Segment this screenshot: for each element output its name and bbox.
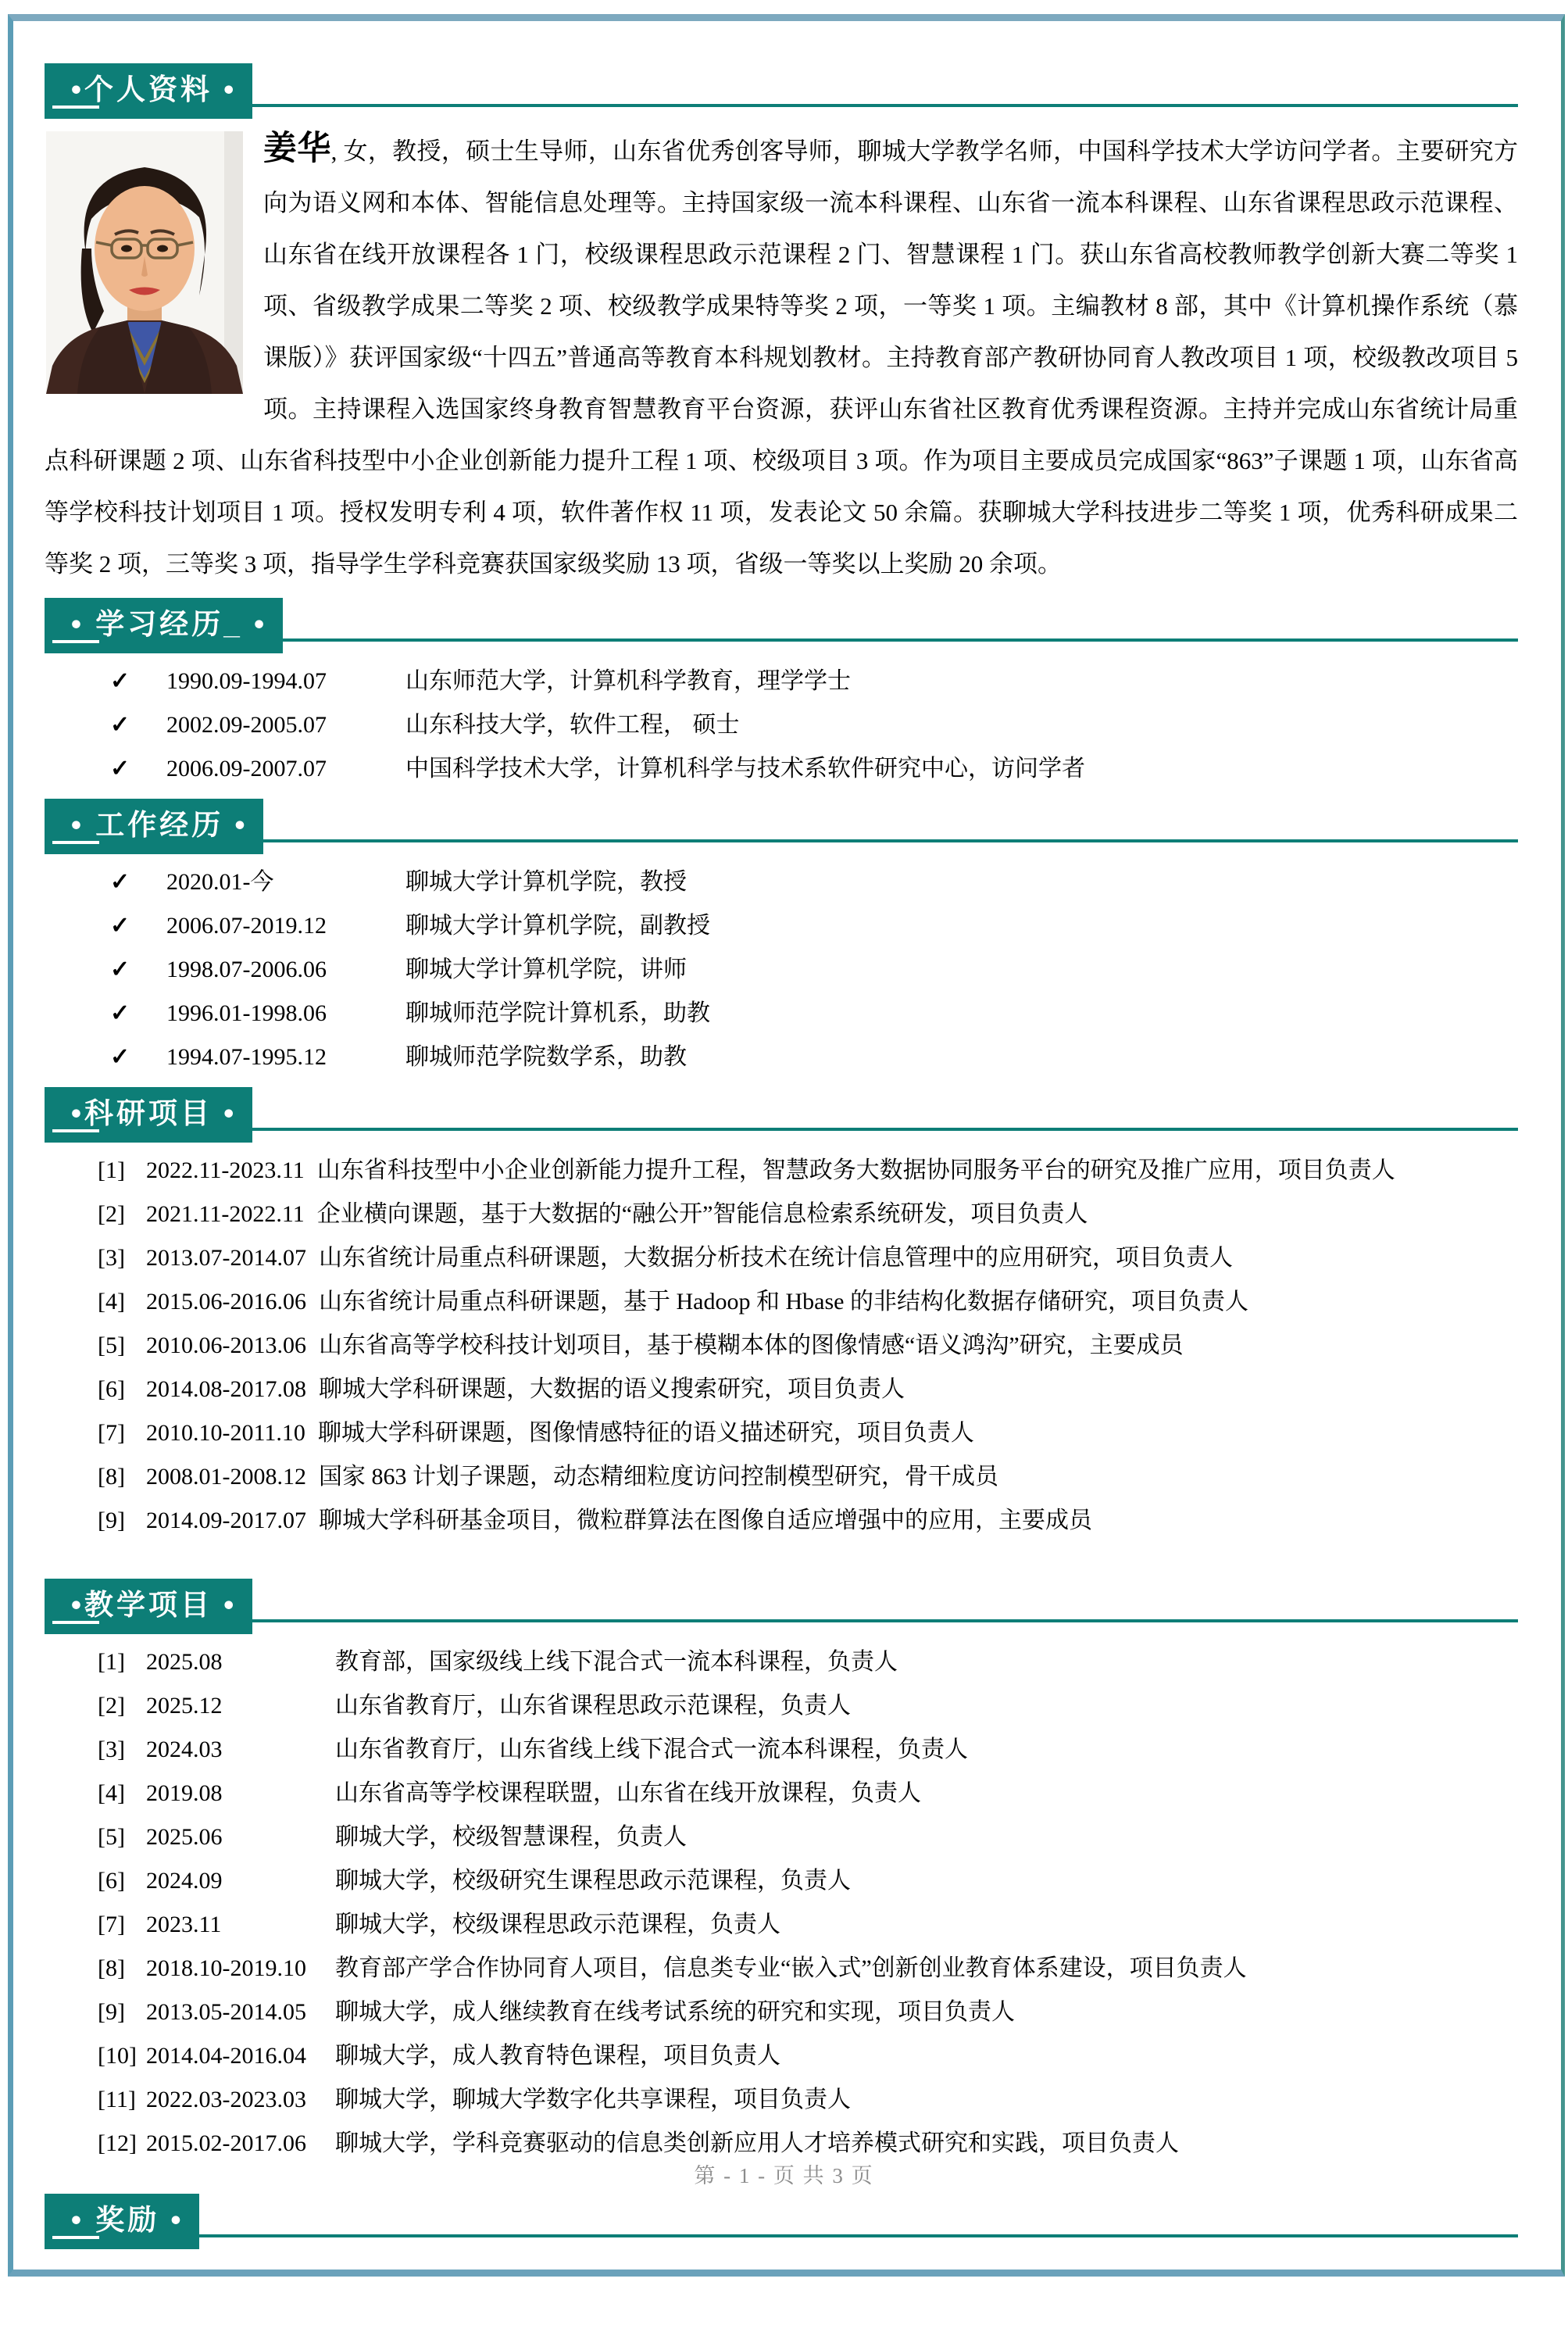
teaching-desc: 聊城大学，校级课程思政示范课程，负责人 <box>335 1903 1518 1947</box>
teaching-date: 2014.04-2016.04 <box>146 2034 323 2078</box>
teaching-desc: 聊城大学，成人教育特色课程，项目负责人 <box>335 2034 1518 2078</box>
checkmark-icon: ✓ <box>45 660 166 703</box>
teaching-date: 2019.08 <box>146 1772 323 1815</box>
page-border-frame: •个人资料 • <box>8 14 1565 2277</box>
work-date: 2020.01-今 <box>166 860 405 904</box>
education-list: ✓ 1990.09-1994.07 山东师范大学，计算机科学教育，理学学士 ✓ … <box>45 660 1518 791</box>
teaching-desc: 聊城大学，校级研究生课程思政示范课程，负责人 <box>335 1859 1518 1903</box>
teaching-date: 2018.10-2019.10 <box>146 1947 323 1991</box>
research-desc: 聊城大学科研基金项目，微粒群算法在图像自适应增强中的应用，主要成员 <box>319 1499 1518 1543</box>
teaching-date: 2013.05-2014.05 <box>146 1991 323 2034</box>
teaching-list: [1] 2025.08 教育部，国家级线上线下混合式一流本科课程，负责人 [2]… <box>45 1640 1518 2166</box>
teaching-date: 2025.06 <box>146 1815 323 1859</box>
research-row: [3] 2013.07-2014.07 山东省统计局重点科研课题，大数据分析技术… <box>45 1236 1518 1280</box>
work-row: ✓ 2006.07-2019.12 聊城大学计算机学院，副教授 <box>45 904 1518 948</box>
work-desc: 聊城大学计算机学院，讲师 <box>405 948 1518 992</box>
section-rule <box>252 1619 1518 1622</box>
teaching-desc: 聊城大学，成人继续教育在线考试系统的研究和实现，项目负责人 <box>335 1991 1518 2034</box>
research-index: [9] <box>98 1499 146 1543</box>
teaching-desc: 山东省高等学校课程联盟，山东省在线开放课程，负责人 <box>335 1772 1518 1815</box>
research-index: [8] <box>98 1455 146 1499</box>
research-row: [6] 2014.08-2017.08 聊城大学科研课题，大数据的语义搜索研究，… <box>45 1368 1518 1411</box>
section-teaching: •教学项目 • [1] 2025.08 教育部，国家级线上线下混合式一流本科课程… <box>45 1579 1518 2166</box>
work-desc: 聊城师范学院数学系，助教 <box>405 1036 1518 1079</box>
section-title-profile: •个人资料 • <box>45 63 252 119</box>
work-date: 1996.01-1998.06 <box>166 992 405 1036</box>
work-header-row: • 工作经历 • <box>45 799 1518 854</box>
teaching-row: [11] 2022.03-2023.03 聊城大学，聊城大学数字化共享课程，项目… <box>45 2078 1518 2122</box>
teaching-desc: 教育部产学合作协同育人项目，信息类专业“嵌入式”创新创业教育体系建设，项目负责人 <box>335 1947 1518 1991</box>
profile-photo <box>46 131 243 394</box>
profile-intro-text: , 女，教授，硕士生导师，山东省优秀创客导师，聊城大学教学名师，中国科学技术大学… <box>45 138 1518 578</box>
research-desc: 聊城大学科研课题，图像情感特征的语义描述研究，项目负责人 <box>318 1411 1518 1455</box>
resume-page: •个人资料 • <box>0 0 1568 2325</box>
research-row: [5] 2010.06-2013.06 山东省高等学校科技计划项目，基于模糊本体… <box>45 1324 1518 1368</box>
checkmark-icon: ✓ <box>45 1036 166 1079</box>
person-name: 姜华 <box>263 131 331 167</box>
research-index: [2] <box>98 1193 146 1236</box>
education-date: 2006.09-2007.07 <box>166 747 405 791</box>
teaching-header-row: •教学项目 • <box>45 1579 1518 1634</box>
work-list: ✓ 2020.01-今 聊城大学计算机学院，教授 ✓ 2006.07-2019.… <box>45 860 1518 1079</box>
research-date: 2021.11-2022.11 <box>146 1193 305 1236</box>
research-date: 2015.06-2016.06 <box>146 1280 306 1324</box>
research-index: [4] <box>98 1280 146 1324</box>
education-header-row: • 学习经历_ • <box>45 598 1518 653</box>
work-date: 1998.07-2006.06 <box>166 948 405 992</box>
teaching-index: [11] <box>98 2078 146 2122</box>
profile-paragraph: 姜华, 女，教授，硕士生导师，山东省优秀创客导师，聊城大学教学名师，中国科学技术… <box>45 123 1518 590</box>
checkmark-icon: ✓ <box>45 904 166 948</box>
section-rule <box>199 2234 1518 2237</box>
section-rule <box>252 104 1518 107</box>
teaching-desc: 山东省教育厅，山东省线上线下混合式一流本科课程，负责人 <box>335 1728 1518 1772</box>
teaching-date: 2025.12 <box>146 1684 323 1728</box>
teaching-row: [7] 2023.11 聊城大学，校级课程思政示范课程，负责人 <box>45 1903 1518 1947</box>
section-title-teaching: •教学项目 • <box>45 1579 252 1634</box>
section-awards: • 奖励 • <box>45 2194 1518 2249</box>
education-row: ✓ 1990.09-1994.07 山东师范大学，计算机科学教育，理学学士 <box>45 660 1518 703</box>
section-rule <box>263 839 1518 842</box>
education-date: 1990.09-1994.07 <box>166 660 405 703</box>
section-research: •科研项目 • [1] 2022.11-2023.11 山东省科技型中小企业创新… <box>45 1087 1518 1543</box>
education-desc: 山东师范大学，计算机科学教育，理学学士 <box>405 660 1518 703</box>
work-desc: 聊城大学计算机学院，副教授 <box>405 904 1518 948</box>
research-row: [1] 2022.11-2023.11 山东省科技型中小企业创新能力提升工程，智… <box>45 1149 1518 1193</box>
work-row: ✓ 1994.07-1995.12 聊城师范学院数学系，助教 <box>45 1036 1518 1079</box>
teaching-index: [3] <box>98 1728 146 1772</box>
education-row: ✓ 2002.09-2005.07 山东科技大学，软件工程， 硕士 <box>45 703 1518 747</box>
section-title-work: • 工作经历 • <box>45 799 263 854</box>
section-title-awards: • 奖励 • <box>45 2194 199 2249</box>
teaching-index: [9] <box>98 1991 146 2034</box>
research-index: [6] <box>98 1368 146 1411</box>
teaching-desc: 聊城大学，校级智慧课程，负责人 <box>335 1815 1518 1859</box>
education-row: ✓ 2006.09-2007.07 中国科学技术大学，计算机科学与技术系软件研究… <box>45 747 1518 791</box>
page-number-footer: 第 - 1 - 页 共 3 页 <box>0 2159 1568 2189</box>
work-date: 2006.07-2019.12 <box>166 904 405 948</box>
teaching-row: [10] 2014.04-2016.04 聊城大学，成人教育特色课程，项目负责人 <box>45 2034 1518 2078</box>
work-row: ✓ 2020.01-今 聊城大学计算机学院，教授 <box>45 860 1518 904</box>
research-row: [8] 2008.01-2008.12 国家 863 计划子课题，动态精细粒度访… <box>45 1455 1518 1499</box>
teaching-row: [9] 2013.05-2014.05 聊城大学，成人继续教育在线考试系统的研究… <box>45 1991 1518 2034</box>
awards-header-row: • 奖励 • <box>45 2194 1518 2249</box>
work-date: 1994.07-1995.12 <box>166 1036 405 1079</box>
section-education: • 学习经历_ • ✓ 1990.09-1994.07 山东师范大学，计算机科学… <box>45 598 1518 791</box>
teaching-row: [6] 2024.09 聊城大学，校级研究生课程思政示范课程，负责人 <box>45 1859 1518 1903</box>
research-desc: 国家 863 计划子课题，动态精细粒度访问控制模型研究，骨干成员 <box>319 1455 1518 1499</box>
research-index: [5] <box>98 1324 146 1368</box>
checkmark-icon: ✓ <box>45 747 166 791</box>
teaching-desc: 教育部，国家级线上线下混合式一流本科课程，负责人 <box>335 1640 1518 1684</box>
research-row: [7] 2010.10-2011.10 聊城大学科研课题，图像情感特征的语义描述… <box>45 1411 1518 1455</box>
work-row: ✓ 1996.01-1998.06 聊城师范学院计算机系，助教 <box>45 992 1518 1036</box>
teaching-index: [6] <box>98 1859 146 1903</box>
teaching-index: [1] <box>98 1640 146 1684</box>
section-title-research: •科研项目 • <box>45 1087 252 1143</box>
checkmark-icon: ✓ <box>45 860 166 904</box>
research-date: 2014.09-2017.07 <box>146 1499 306 1543</box>
education-desc: 中国科学技术大学，计算机科学与技术系软件研究中心，访问学者 <box>405 747 1518 791</box>
teaching-desc: 山东省教育厅，山东省课程思政示范课程，负责人 <box>335 1684 1518 1728</box>
research-index: [7] <box>98 1411 146 1455</box>
research-desc: 山东省统计局重点科研课题，基于 Hadoop 和 Hbase 的非结构化数据存储… <box>319 1280 1518 1324</box>
research-desc: 山东省高等学校科技计划项目，基于模糊本体的图像情感“语义鸿沟”研究，主要成员 <box>319 1324 1518 1368</box>
research-date: 2010.06-2013.06 <box>146 1324 306 1368</box>
teaching-index: [2] <box>98 1684 146 1728</box>
research-row: [9] 2014.09-2017.07 聊城大学科研基金项目，微粒群算法在图像自… <box>45 1499 1518 1543</box>
checkmark-icon: ✓ <box>45 948 166 992</box>
teaching-row: [2] 2025.12 山东省教育厅，山东省课程思政示范课程，负责人 <box>45 1684 1518 1728</box>
research-desc: 聊城大学科研课题，大数据的语义搜索研究，项目负责人 <box>319 1368 1518 1411</box>
research-index: [3] <box>98 1236 146 1280</box>
research-list: [1] 2022.11-2023.11 山东省科技型中小企业创新能力提升工程，智… <box>45 1149 1518 1543</box>
teaching-desc: 聊城大学，聊城大学数字化共享课程，项目负责人 <box>335 2078 1518 2122</box>
profile-header-row: •个人资料 • <box>45 63 1518 119</box>
teaching-row: [8] 2018.10-2019.10 教育部产学合作协同育人项目，信息类专业“… <box>45 1947 1518 1991</box>
education-desc: 山东科技大学，软件工程， 硕士 <box>405 703 1518 747</box>
work-desc: 聊城大学计算机学院，教授 <box>405 860 1518 904</box>
education-date: 2002.09-2005.07 <box>166 703 405 747</box>
teaching-row: [5] 2025.06 聊城大学，校级智慧课程，负责人 <box>45 1815 1518 1859</box>
section-rule <box>283 638 1518 642</box>
teaching-row: [4] 2019.08 山东省高等学校课程联盟，山东省在线开放课程，负责人 <box>45 1772 1518 1815</box>
teaching-index: [8] <box>98 1947 146 1991</box>
teaching-date: 2024.09 <box>146 1859 323 1903</box>
teaching-index: [10] <box>98 2034 146 2078</box>
section-title-education: • 学习经历_ • <box>45 598 283 653</box>
section-work: • 工作经历 • ✓ 2020.01-今 聊城大学计算机学院，教授 ✓ 2006… <box>45 799 1518 1079</box>
page-content: •个人资料 • <box>13 21 1561 2249</box>
teaching-index: [4] <box>98 1772 146 1815</box>
research-desc: 企业横向课题，基于大数据的“融公开”智能信息检索系统研发，项目负责人 <box>317 1193 1518 1236</box>
section-rule <box>252 1128 1518 1131</box>
work-desc: 聊城师范学院计算机系，助教 <box>405 992 1518 1036</box>
research-row: [4] 2015.06-2016.06 山东省统计局重点科研课题，基于 Hado… <box>45 1280 1518 1324</box>
work-row: ✓ 1998.07-2006.06 聊城大学计算机学院，讲师 <box>45 948 1518 992</box>
research-date: 2013.07-2014.07 <box>146 1236 306 1280</box>
teaching-row: [1] 2025.08 教育部，国家级线上线下混合式一流本科课程，负责人 <box>45 1640 1518 1684</box>
section-profile: •个人资料 • <box>45 63 1518 590</box>
research-index: [1] <box>98 1149 146 1193</box>
teaching-date: 2023.11 <box>146 1903 323 1947</box>
checkmark-icon: ✓ <box>45 703 166 747</box>
research-date: 2008.01-2008.12 <box>146 1455 306 1499</box>
teaching-index: [7] <box>98 1903 146 1947</box>
checkmark-icon: ✓ <box>45 992 166 1036</box>
research-date: 2022.11-2023.11 <box>146 1149 305 1193</box>
research-date: 2014.08-2017.08 <box>146 1368 306 1411</box>
research-row: [2] 2021.11-2022.11 企业横向课题，基于大数据的“融公开”智能… <box>45 1193 1518 1236</box>
teaching-date: 2022.03-2023.03 <box>146 2078 323 2122</box>
research-desc: 山东省科技型中小企业创新能力提升工程，智慧政务大数据协同服务平台的研究及推广应用… <box>317 1149 1518 1193</box>
research-header-row: •科研项目 • <box>45 1087 1518 1143</box>
research-date: 2010.10-2011.10 <box>146 1411 305 1455</box>
teaching-index: [5] <box>98 1815 146 1859</box>
teaching-date: 2024.03 <box>146 1728 323 1772</box>
research-desc: 山东省统计局重点科研课题，大数据分析技术在统计信息管理中的应用研究，项目负责人 <box>319 1236 1518 1280</box>
teaching-date: 2025.08 <box>146 1640 323 1684</box>
teaching-row: [3] 2024.03 山东省教育厅，山东省线上线下混合式一流本科课程，负责人 <box>45 1728 1518 1772</box>
